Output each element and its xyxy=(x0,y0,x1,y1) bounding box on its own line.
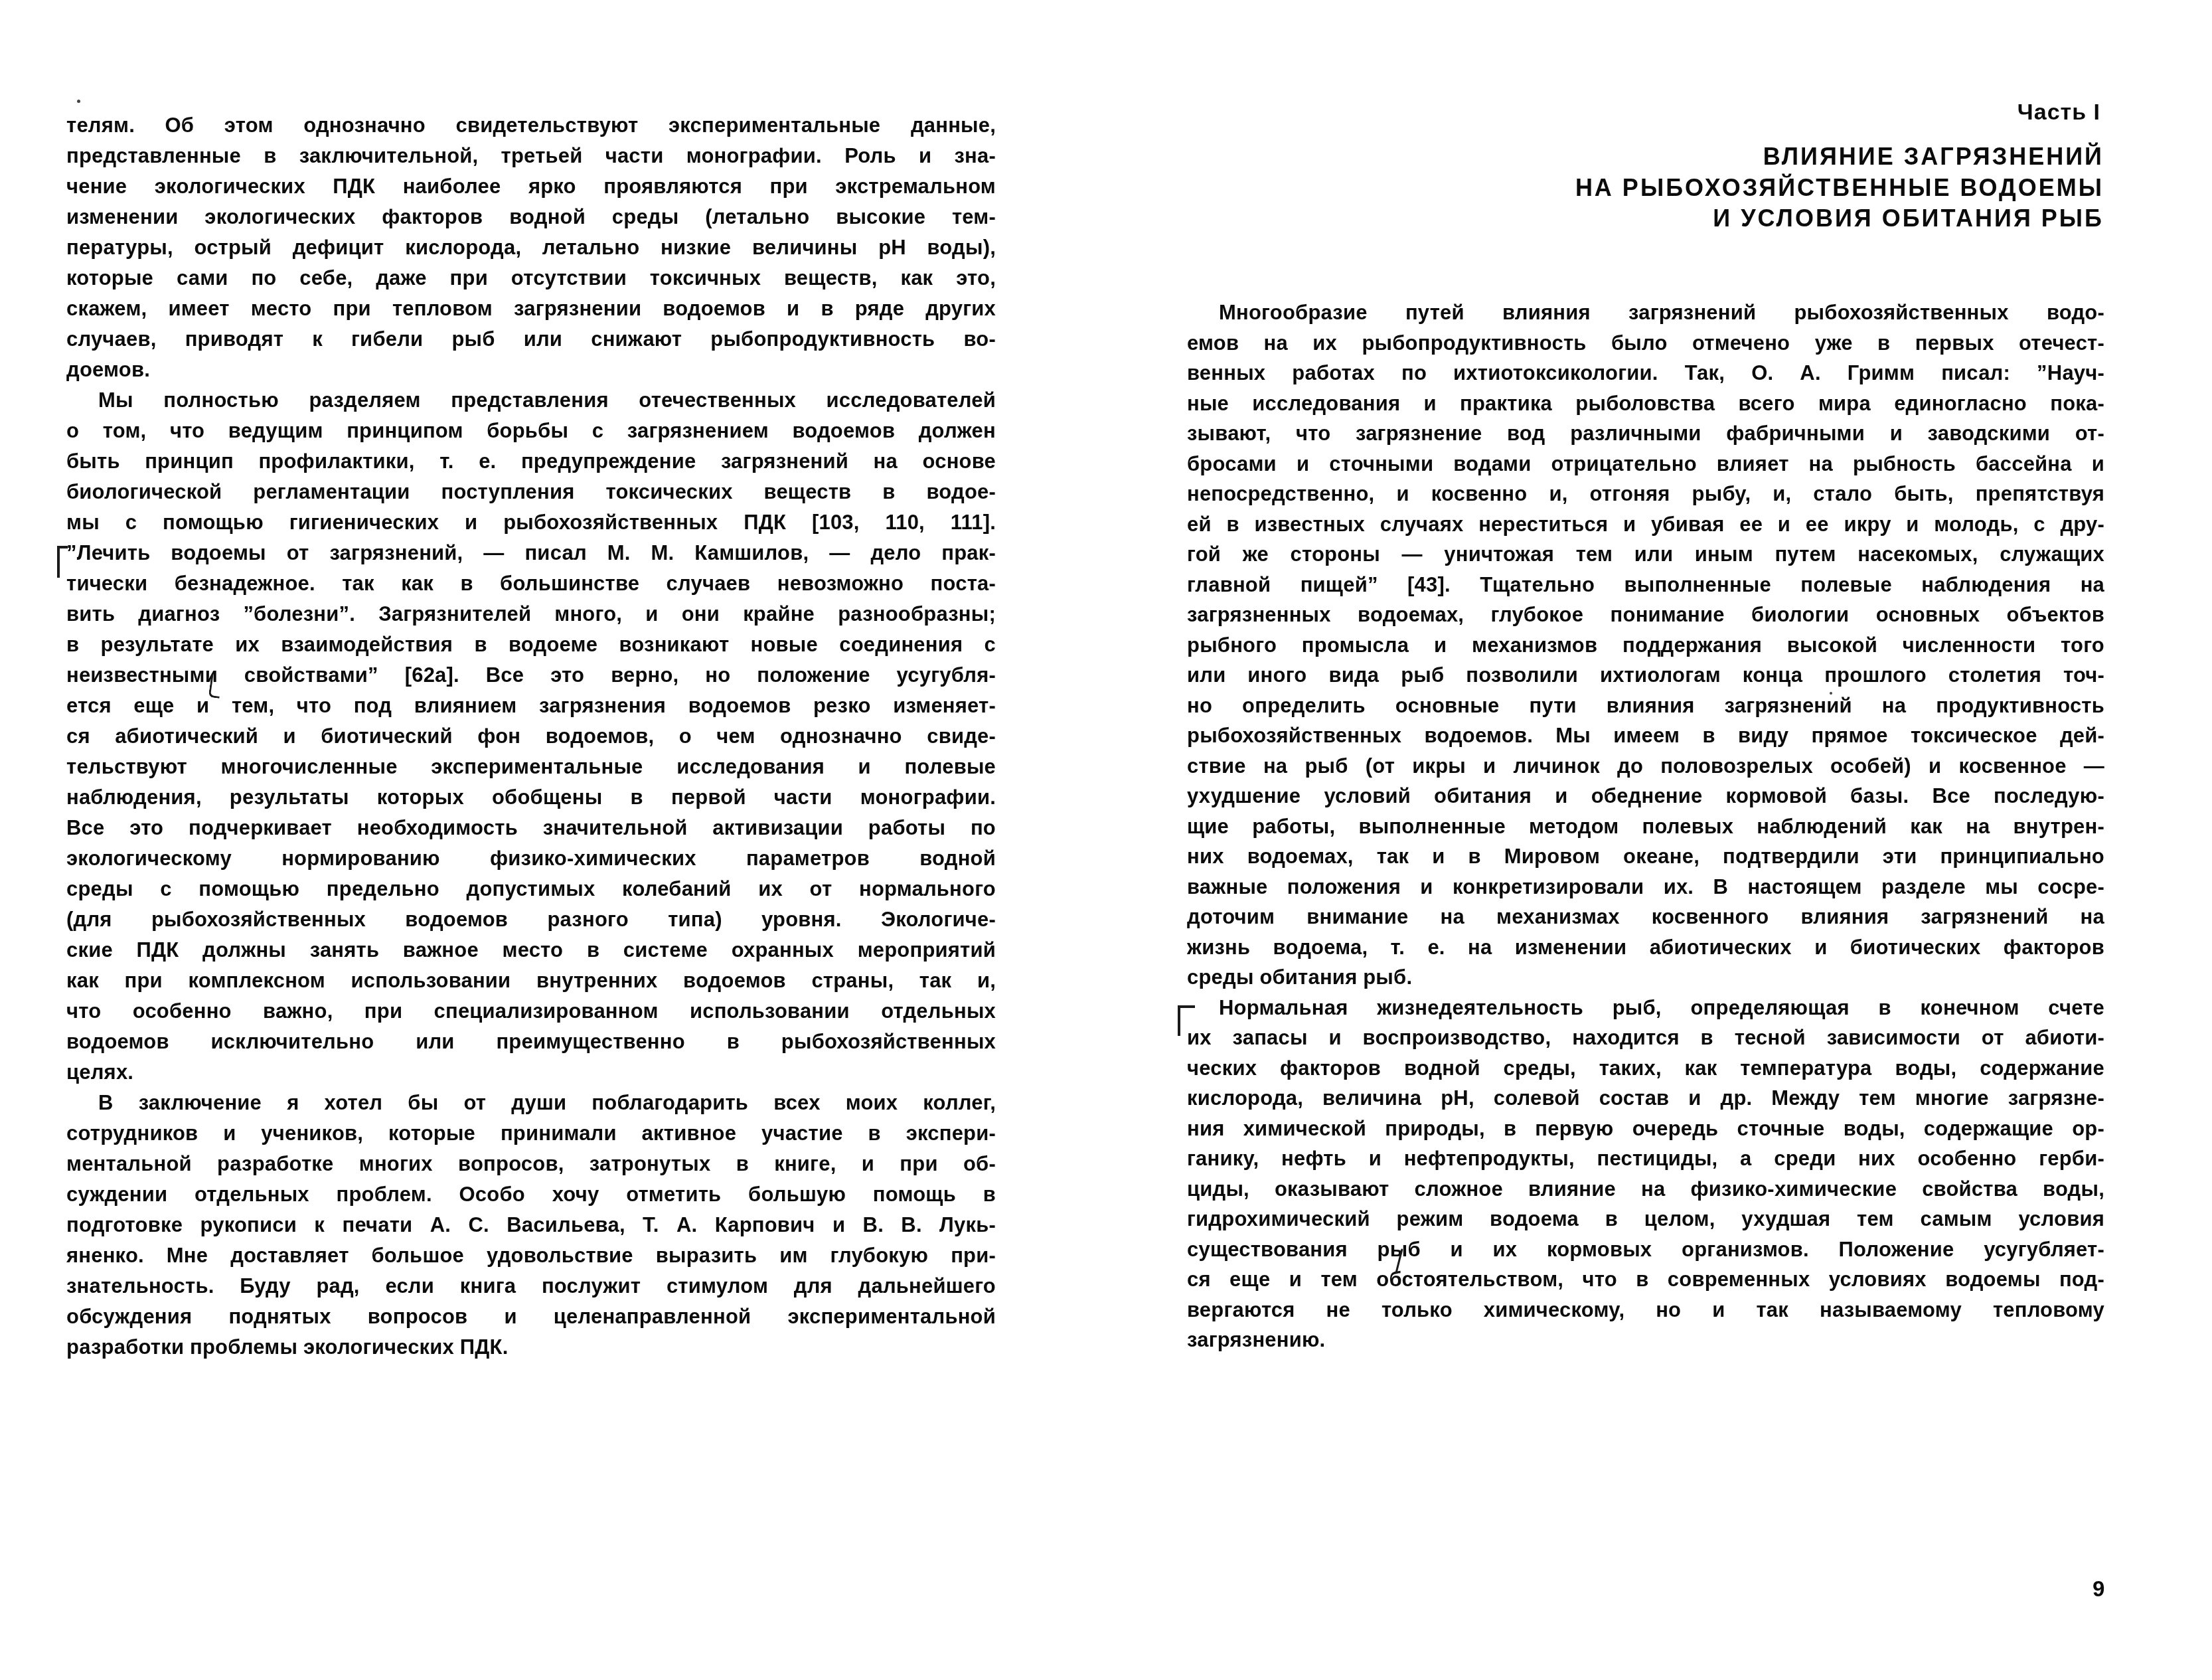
text-line: циды, оказывают сложное влияние на физик… xyxy=(1187,1174,2104,1205)
chapter-title: ВЛИЯНИЕ ЗАГРЯЗНЕНИЙНА РЫБОХОЗЯЙСТВЕННЫЕ … xyxy=(1575,141,2104,234)
text-line: ния химической природы, в первую очередь… xyxy=(1187,1114,2104,1144)
text-line: доточим внимание на механизмах косвенног… xyxy=(1187,902,2104,932)
text-line: ся еще и тем обстоятельством, что в совр… xyxy=(1187,1264,2104,1295)
margin-pencil-corner xyxy=(1178,1005,1195,1036)
text-line: емов на их рыбопродуктивность было отмеч… xyxy=(1187,328,2104,359)
text-line: главной пищей” [43]. Тщательно выполненн… xyxy=(1187,570,2104,600)
text-line: гидрохимический режим водоема в целом, у… xyxy=(1187,1204,2104,1234)
text-line: НА РЫБОХОЗЯЙСТВЕННЫЕ ВОДОЕМЫ xyxy=(1575,173,2104,204)
right-page-text: Многообразие путей влияния загрязнений р… xyxy=(1187,297,2104,1355)
scan-speck xyxy=(1830,692,1832,695)
text-line: них водоемах, так и в Мировом океане, по… xyxy=(1187,841,2104,872)
text-line: важные положения и конкретизировали их. … xyxy=(1187,872,2104,902)
page-right: Часть I ВЛИЯНИЕ ЗАГРЯЗНЕНИЙНА РЫБОХОЗЯЙС… xyxy=(0,0,2212,1680)
text-line: рыбохозяйственных водоемов. Мы имеем в в… xyxy=(1187,720,2104,751)
text-line: вергаются не только химическому, но и та… xyxy=(1187,1295,2104,1325)
text-line: Нормальная жизнедеятельность рыб, опреде… xyxy=(1187,993,2104,1023)
text-line: рыбного промысла и механизмов поддержани… xyxy=(1187,630,2104,661)
text-line: Многообразие путей влияния загрязнений р… xyxy=(1187,297,2104,328)
part-label: Часть I xyxy=(2017,100,2100,126)
text-line: существования рыб и их кормовых организм… xyxy=(1187,1234,2104,1265)
text-line: ухудшение условий обитания и обеднение к… xyxy=(1187,781,2104,811)
text-line: ческих факторов водной среды, таких, как… xyxy=(1187,1053,2104,1084)
text-line: ные исследования и практика рыболовства … xyxy=(1187,388,2104,419)
text-line: непосредственно, и косвенно и, отгоняя р… xyxy=(1187,479,2104,509)
text-line: их запасы и воспроизводство, находится в… xyxy=(1187,1023,2104,1053)
text-line: зывают, что загрязнение вод различными ф… xyxy=(1187,418,2104,449)
text-line: ей в известных случаях нереститься и уби… xyxy=(1187,509,2104,540)
text-line: жизнь водоема, т. е. на изменении абиоти… xyxy=(1187,932,2104,963)
text-line: ганику, нефть и нефтепродукты, пестициды… xyxy=(1187,1143,2104,1174)
text-line: бросами и сточными водами отрицательно в… xyxy=(1187,449,2104,479)
text-line: кислорода, величина pH, солевой состав и… xyxy=(1187,1083,2104,1114)
text-line: ВЛИЯНИЕ ЗАГРЯЗНЕНИЙ xyxy=(1575,141,2104,173)
page-number: 9 xyxy=(2093,1576,2104,1602)
text-line: И УСЛОВИЯ ОБИТАНИЯ РЫБ xyxy=(1575,203,2104,234)
text-line: венных работах по ихтиотоксикологии. Так… xyxy=(1187,358,2104,388)
text-line: или иного вида рыб позволили ихтиологам … xyxy=(1187,660,2104,691)
text-line: ствие на рыб (от икры и личинок до полов… xyxy=(1187,751,2104,782)
text-line: щие работы, выполненные методом полевых … xyxy=(1187,811,2104,842)
text-line: загрязнению. xyxy=(1187,1325,2104,1355)
text-line: гой же стороны — уничтожая тем или иным … xyxy=(1187,539,2104,570)
text-line: среды обитания рыб. xyxy=(1187,962,2104,993)
text-line: загрязненных водоемах, глубокое понимани… xyxy=(1187,600,2104,630)
book-spread: телям. Об этом однозначно свидетельствую… xyxy=(0,0,2212,1680)
text-line: но определить основные пути влияния загр… xyxy=(1187,691,2104,721)
